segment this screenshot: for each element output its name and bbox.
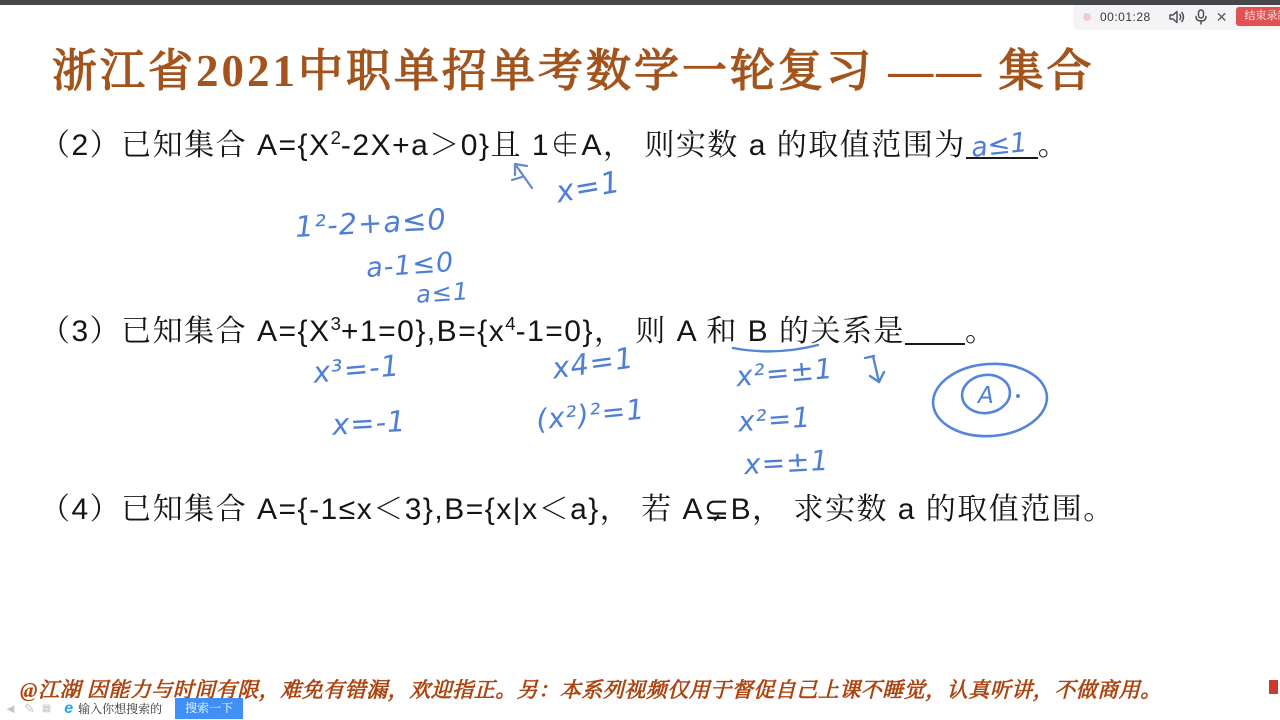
handwritten-answer-2: a≤1 bbox=[969, 127, 1028, 164]
handwriting-arrow-check bbox=[862, 354, 888, 388]
page-title: 浙江省2021中职单招单考数学一轮复习 —— 集合 bbox=[52, 34, 1232, 99]
search-button[interactable]: 搜索一下 bbox=[175, 698, 243, 718]
recording-timer: 00:01:28 bbox=[1100, 10, 1151, 24]
recorder-control-panel: 00:01:28 ✕ 结束录制 bbox=[1075, 5, 1280, 28]
problem-4: （4）已知集合 A={-1≤x＜3},B={x|x＜a}， 若 A⊊B， 求实数… bbox=[40, 484, 1115, 528]
problem-3-exponent-a: 3 bbox=[331, 313, 341, 334]
handwriting-work2-line3: a≤1 bbox=[415, 277, 470, 309]
problem-2-exponent: 2 bbox=[331, 127, 341, 148]
speaker-icon[interactable] bbox=[1169, 10, 1186, 24]
handwriting-work2-line1: 1²-2+a≤0 bbox=[294, 202, 447, 244]
handwriting-work3-left2: x=-1 bbox=[331, 404, 407, 442]
handwriting-work3-mid2: (x²)²=1 bbox=[535, 392, 647, 436]
answer-blank-3 bbox=[905, 335, 965, 345]
back-arrow-icon[interactable]: ◄ bbox=[4, 702, 17, 715]
handwriting-venn-diagram: A bbox=[928, 354, 1052, 446]
grid-icon[interactable]: ▦ bbox=[42, 704, 51, 714]
search-placeholder: 输入你想搜索的 bbox=[78, 700, 162, 717]
handwriting-work3-right1: x²=±1 bbox=[735, 352, 835, 393]
recording-indicator-dot bbox=[1083, 13, 1091, 21]
handwriting-venn-dot bbox=[1016, 394, 1020, 398]
close-icon[interactable]: ✕ bbox=[1216, 10, 1228, 24]
handwriting-x-equals-1: x=1 bbox=[553, 165, 623, 211]
handwriting-work3-right3: x=±1 bbox=[743, 444, 830, 481]
problem-2-text: -2X+a＞0}且 1∉A， 则实数 a 的取值范围为 bbox=[341, 129, 966, 162]
problem-3-text: +1=0},B={x bbox=[341, 315, 505, 348]
problem-3-text: （3）已知集合 A={X bbox=[40, 315, 331, 348]
end-recording-button[interactable]: 结束录制 bbox=[1236, 7, 1280, 26]
handwriting-work3-right2: x²=1 bbox=[737, 400, 812, 438]
problem-2-text: 。 bbox=[1038, 129, 1070, 162]
search-input[interactable]: e 输入你想搜索的 bbox=[58, 698, 168, 719]
answer-blank-2: a≤1 bbox=[966, 149, 1038, 159]
microphone-icon[interactable] bbox=[1195, 9, 1207, 25]
handwriting-venn-label: A bbox=[976, 383, 994, 409]
handwriting-work3-left1: x³=-1 bbox=[312, 348, 402, 389]
browser-icon: e bbox=[64, 701, 73, 717]
problem-2: （2）已知集合 A={X2-2X+a＞0}且 1∉A， 则实数 a 的取值范围为… bbox=[40, 120, 1069, 164]
red-edge-mark bbox=[1269, 680, 1278, 694]
taskbar-search-overlay: ◄ ✎ ▦ e 输入你想搜索的 搜索一下 bbox=[4, 698, 243, 719]
problem-3-text: 。 bbox=[965, 315, 997, 348]
pen-cursor-icon bbox=[508, 158, 538, 194]
problem-3: （3）已知集合 A={X3+1=0},B={x4-1=0}， 则 A 和 B 的… bbox=[40, 306, 997, 350]
problem-2-text: （2）已知集合 A={X bbox=[40, 129, 331, 162]
problem-3-exponent-b: 4 bbox=[505, 313, 515, 334]
pencil-icon[interactable]: ✎ bbox=[24, 702, 35, 715]
problem-3-text: -1=0}， 则 bbox=[516, 315, 677, 348]
problem-4-text: （4）已知集合 A={-1≤x＜3},B={x|x＜a}， 若 A⊊B， 求实数… bbox=[40, 493, 1115, 526]
